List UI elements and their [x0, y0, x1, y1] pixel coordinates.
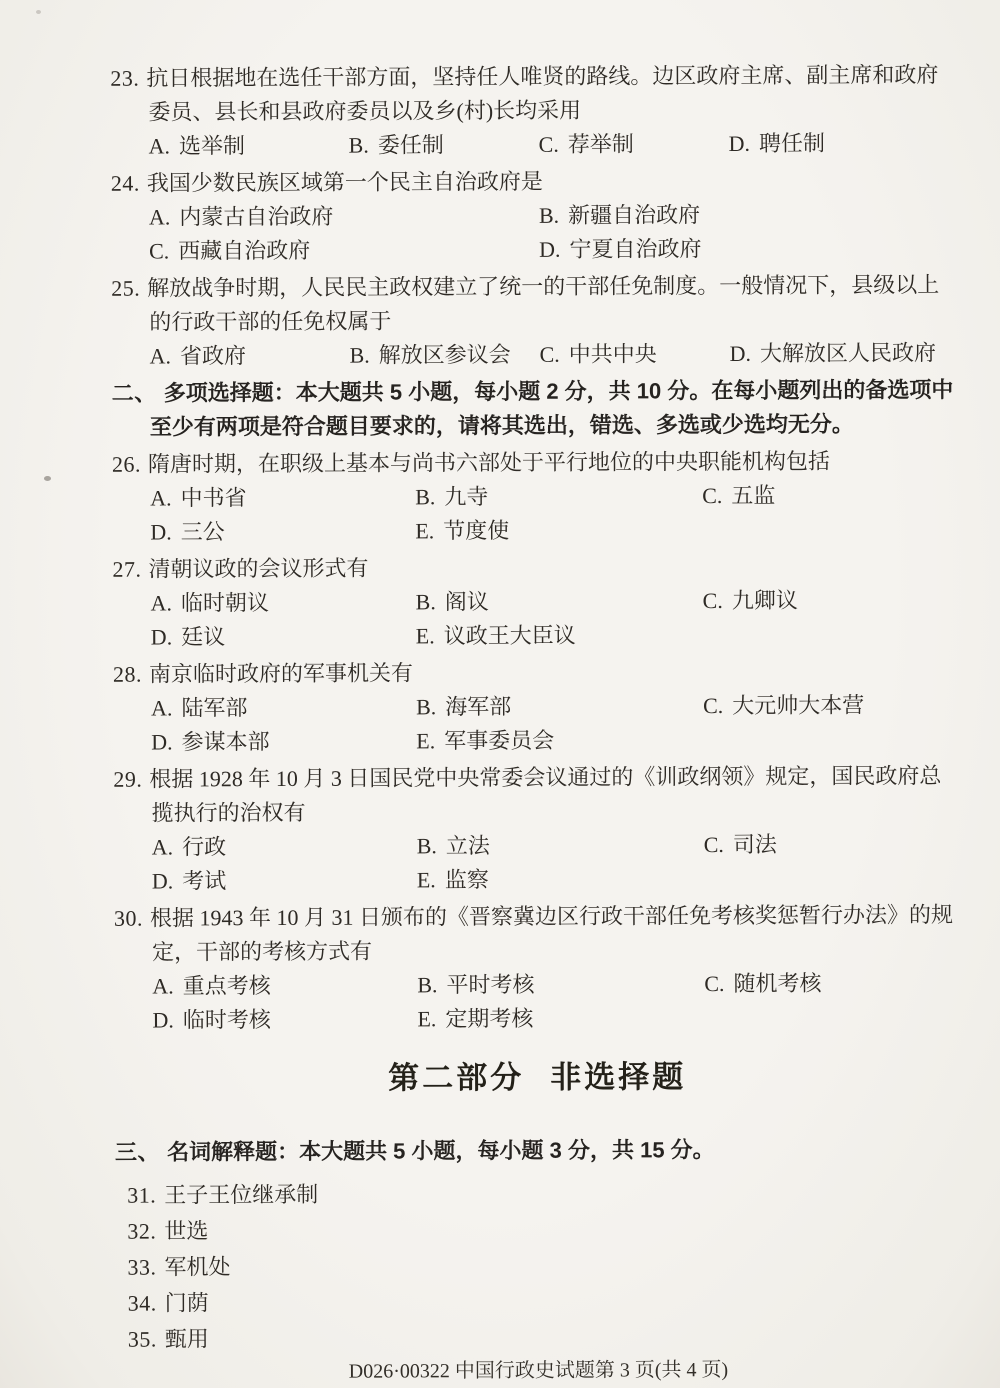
option-B: B.立法: [417, 828, 704, 863]
option-text: 随机考核: [733, 971, 821, 996]
option-label: E.: [415, 518, 434, 543]
option-label: A.: [151, 695, 172, 720]
question-stem: 30.根据 1943 年 10 月 31 日颁布的《晋察冀边区行政干部任免考核奖…: [114, 898, 959, 970]
option-text: 五监: [731, 483, 775, 508]
question-23: 23.抗日根据地在选任干部方面，坚持任人唯贤的路线。边区政府主席、副主席和政府委…: [110, 58, 955, 164]
option-D: D.三公: [150, 514, 415, 549]
option-A: A.选举制: [149, 129, 349, 164]
option-text: 考试: [182, 868, 226, 893]
option-text: 行政: [182, 834, 226, 859]
section-instructions: 名词解释题：本大题共 5 小题，每小题 3 分，共 15 分。: [167, 1137, 715, 1164]
option-label: C.: [539, 132, 559, 157]
option-label: C.: [539, 342, 559, 367]
option-label: B.: [416, 589, 436, 614]
option-text: 九寺: [444, 484, 488, 509]
options-grid: A.陆军部 B.海军部 C.大元帅大本营 D.参谋本部 E.军事委员会: [151, 688, 958, 760]
option-A: A.省政府: [149, 339, 349, 374]
options-grid: A.临时朝议 B.阁议 C.九卿议 D.廷议 E.议政王大臣议: [151, 583, 958, 655]
option-B: B.九寺: [415, 479, 702, 514]
option-text: 三公: [181, 519, 225, 544]
option-label: D.: [152, 868, 173, 893]
option-text: 定期考核: [445, 1006, 533, 1031]
question-number: 23.: [110, 66, 139, 91]
option-text: 廷议: [181, 624, 225, 649]
exam-content: 23.抗日根据地在选任干部方面，坚持任人唯贤的路线。边区政府主席、副主席和政府委…: [0, 0, 1000, 1388]
option-D: D.聘任制: [729, 126, 956, 161]
option-text: 大元帅大本营: [732, 692, 864, 718]
option-A: A.重点考核: [152, 968, 417, 1003]
part-2-title-left: 第二部分: [388, 1060, 524, 1096]
question-number: 28.: [113, 662, 142, 687]
option-label: B.: [416, 694, 436, 719]
options-grid: A.行政 B.立法 C.司法 D.考试 E.监察: [152, 827, 959, 899]
option-label: A.: [149, 343, 170, 368]
question-25: 25.解放战争时期，人民民主政权建立了统一的干部任免制度。一般情况下，县级以上的…: [111, 268, 956, 374]
part-2-title: 第二部分非选择题: [115, 1054, 960, 1102]
term-text: 王子王位继承制: [164, 1182, 318, 1208]
option-label: D.: [151, 624, 172, 649]
scanned-exam-page: 23.抗日根据地在选任干部方面，坚持任人唯贤的路线。边区政府主席、副主席和政府委…: [0, 0, 1000, 1388]
option-C: C.中共中央: [539, 337, 729, 372]
option-B: B.新疆自治政府: [539, 197, 956, 233]
option-C: C.司法: [704, 827, 959, 862]
question-stem: 23.抗日根据地在选任干部方面，坚持任人唯贤的路线。边区政府主席、副主席和政府委…: [110, 58, 955, 130]
option-A: A.临时朝议: [151, 585, 416, 620]
option-label: B.: [415, 484, 435, 509]
term-text: 甄用: [165, 1326, 209, 1351]
term-list: 31.王子王位继承制 32.世选 33.军机处 34.门荫 35.甄用: [127, 1174, 961, 1357]
option-label: B.: [349, 133, 369, 158]
question-29: 29.根据 1928 年 10 月 3 日国民党中央常委会议通过的《训政纲领》规…: [113, 759, 959, 899]
option-text: 海军部: [445, 694, 511, 719]
option-label: C.: [704, 832, 724, 857]
options-grid: A.中书省 B.九寺 C.五监 D.三公 E.节度使: [150, 478, 957, 550]
option-label: A.: [149, 204, 170, 229]
page-footer: D026·00322 中国行政史试题第 3 页(共 4 页): [116, 1354, 961, 1388]
question-stem: 27.清朝议政的会议形式有: [112, 549, 957, 587]
option-E: E.节度使: [415, 513, 702, 548]
section-instructions: 多项选择题：本大题共 5 小题，每小题 2 分，共 10 分。在每小题列出的备选…: [150, 377, 954, 440]
term-33: 33.军机处: [127, 1246, 960, 1285]
question-number: 27.: [112, 557, 141, 582]
option-text: 委任制: [378, 132, 444, 157]
question-text: 我国少数民族区域第一个民主自治政府是: [147, 169, 543, 196]
term-32: 32.世选: [127, 1210, 960, 1249]
option-text: 宁夏自治政府: [569, 236, 701, 262]
option-A: A.内蒙古自治政府: [149, 199, 539, 235]
option-text: 立法: [446, 833, 490, 858]
option-text: 解放区参议会: [379, 342, 511, 368]
options-row: A.省政府 B.解放区参议会 C.中共中央 D.大解放区人民政府: [149, 336, 956, 374]
option-C: C.随机考核: [704, 966, 959, 1001]
option-B: B.委任制: [349, 128, 539, 163]
option-text: 阁议: [445, 589, 489, 614]
option-label: D.: [729, 131, 750, 156]
term-number: 33.: [127, 1255, 156, 1280]
option-text: 中书省: [181, 485, 247, 510]
option-label: C.: [702, 483, 722, 508]
option-C: C.西藏自治政府: [149, 233, 539, 269]
option-label: A.: [152, 834, 173, 859]
section-number: 二、: [112, 381, 157, 406]
option-E: E.监察: [417, 862, 704, 897]
question-text: 根据 1943 年 10 月 31 日颁布的《晋察冀边区行政干部任免考核奖惩暂行…: [150, 902, 953, 964]
option-text: 选举制: [179, 133, 245, 158]
option-E: E.定期考核: [417, 1001, 704, 1036]
option-A: A.中书省: [150, 480, 415, 515]
option-D: D.考试: [152, 863, 417, 898]
question-number: 25.: [111, 276, 140, 301]
option-text: 陆军部: [181, 695, 247, 720]
option-A: A.行政: [152, 829, 417, 864]
section-number: 三、: [115, 1139, 160, 1164]
option-C: C.大元帅大本营: [703, 688, 958, 723]
question-text: 根据 1928 年 10 月 3 日国民党中央常委会议通过的《训政纲领》规定，国…: [149, 763, 941, 825]
question-text: 解放战争时期，人民民主政权建立了统一的干部任免制度。一般情况下，县级以上的行政干…: [147, 272, 939, 334]
question-number: 26.: [112, 452, 141, 477]
option-label: D.: [150, 519, 171, 544]
question-stem: 24.我国少数民族区域第一个民主自治政府是: [111, 163, 956, 201]
option-label: E.: [417, 1006, 436, 1031]
question-stem: 25.解放战争时期，人民民主政权建立了统一的干部任免制度。一般情况下，县级以上的…: [111, 268, 956, 340]
option-label: B.: [417, 972, 437, 997]
option-text: 省政府: [180, 343, 246, 368]
section-2-header: 二、多项选择题：本大题共 5 小题，每小题 2 分，共 10 分。在每小题列出的…: [112, 373, 957, 445]
question-24: 24.我国少数民族区域第一个民主自治政府是 A.内蒙古自治政府 B.新疆自治政府…: [111, 163, 956, 269]
option-D: D.临时考核: [152, 1002, 417, 1037]
option-text: 中共中央: [569, 341, 657, 366]
option-label: A.: [149, 133, 170, 158]
question-text: 抗日根据地在选任干部方面，坚持任人唯贤的路线。边区政府主席、副主席和政府委员、县…: [146, 62, 938, 124]
question-text: 南京临时政府的军事机关有: [149, 660, 413, 686]
option-D: D.大解放区人民政府: [729, 336, 956, 371]
option-text: 参谋本部: [182, 729, 270, 754]
term-text: 军机处: [164, 1254, 230, 1279]
question-stem: 26.隋唐时期，在职级上基本与尚书六部处于平行地位的中央职能机构包括: [112, 444, 957, 482]
option-D: D.参谋本部: [151, 724, 416, 759]
part-2-title-right: 非选择题: [550, 1059, 686, 1095]
option-label: D.: [729, 341, 750, 366]
question-number: 30.: [114, 906, 143, 931]
option-label: A.: [151, 590, 172, 615]
term-text: 世选: [164, 1218, 208, 1243]
option-text: 临时朝议: [181, 590, 269, 615]
option-label: A.: [150, 485, 171, 510]
option-label: C.: [704, 971, 724, 996]
option-B: B.平时考核: [417, 967, 704, 1002]
term-number: 35.: [128, 1327, 157, 1352]
question-number: 29.: [113, 767, 142, 792]
question-number: 24.: [111, 171, 140, 196]
question-27: 27.清朝议政的会议形式有 A.临时朝议 B.阁议 C.九卿议 D.廷议 E.议…: [112, 549, 957, 655]
option-A: A.陆军部: [151, 690, 416, 725]
option-text: 西藏自治政府: [178, 238, 310, 264]
option-text: 议政王大臣议: [444, 623, 576, 649]
option-C: C.九卿议: [703, 583, 958, 618]
option-label: E.: [417, 867, 436, 892]
question-stem: 29.根据 1928 年 10 月 3 日国民党中央常委会议通过的《训政纲领》规…: [113, 759, 958, 831]
question-30: 30.根据 1943 年 10 月 31 日颁布的《晋察冀边区行政干部任免考核奖…: [114, 898, 960, 1038]
option-label: E.: [416, 728, 435, 753]
term-34: 34.门荫: [128, 1282, 961, 1321]
option-text: 内蒙古自治政府: [179, 204, 333, 230]
option-label: B.: [349, 343, 369, 368]
option-text: 重点考核: [183, 973, 271, 998]
option-text: 军事委员会: [444, 728, 554, 753]
question-28: 28.南京临时政府的军事机关有 A.陆军部 B.海军部 C.大元帅大本营 D.参…: [113, 654, 958, 760]
option-label: B.: [539, 203, 559, 228]
question-26: 26.隋唐时期，在职级上基本与尚书六部处于平行地位的中央职能机构包括 A.中书省…: [112, 444, 957, 550]
options-grid: A.重点考核 B.平时考核 C.随机考核 D.临时考核 E.定期考核: [152, 966, 959, 1038]
option-text: 节度使: [443, 518, 509, 543]
term-number: 32.: [127, 1219, 156, 1244]
option-text: 临时考核: [183, 1007, 271, 1032]
option-label: E.: [416, 623, 435, 648]
option-text: 荐举制: [568, 131, 634, 156]
term-number: 34.: [128, 1291, 157, 1316]
option-B: B.海军部: [416, 689, 703, 724]
option-label: C.: [149, 238, 169, 263]
option-label: D.: [152, 1007, 173, 1032]
term-text: 门荫: [165, 1290, 209, 1315]
option-label: C.: [703, 588, 723, 613]
term-number: 31.: [127, 1183, 156, 1208]
option-text: 监察: [445, 867, 489, 892]
option-text: 大解放区人民政府: [760, 340, 936, 366]
option-D: D.宁夏自治政府: [539, 231, 956, 267]
question-stem: 28.南京临时政府的军事机关有: [113, 654, 958, 692]
option-label: D.: [151, 729, 172, 754]
option-label: C.: [703, 693, 723, 718]
option-C: C.荐举制: [539, 127, 729, 162]
term-35: 35.甄用: [128, 1318, 961, 1357]
option-text: 聘任制: [759, 131, 825, 156]
option-B: B.阁议: [416, 584, 703, 619]
option-C: C.五监: [702, 478, 957, 513]
option-text: 新疆自治政府: [568, 202, 700, 228]
option-D: D.廷议: [151, 619, 416, 654]
option-E: E.议政王大臣议: [416, 618, 703, 653]
option-text: 九卿议: [732, 588, 798, 613]
option-label: A.: [152, 973, 173, 998]
section-3-header: 三、名词解释题：本大题共 5 小题，每小题 3 分，共 15 分。: [115, 1132, 960, 1170]
option-E: E.军事委员会: [416, 723, 703, 758]
question-text: 清朝议政的会议形式有: [148, 556, 368, 582]
options-grid: A.内蒙古自治政府 B.新疆自治政府 C.西藏自治政府 D.宁夏自治政府: [149, 197, 956, 269]
option-text: 司法: [733, 832, 777, 857]
question-text: 隋唐时期，在职级上基本与尚书六部处于平行地位的中央职能机构包括: [148, 449, 830, 477]
option-B: B.解放区参议会: [349, 338, 539, 373]
option-label: B.: [417, 833, 437, 858]
option-label: D.: [539, 237, 560, 262]
options-row: A.选举制 B.委任制 C.荐举制 D.聘任制: [149, 126, 956, 164]
option-text: 平时考核: [446, 972, 534, 997]
term-31: 31.王子王位继承制: [127, 1174, 960, 1213]
